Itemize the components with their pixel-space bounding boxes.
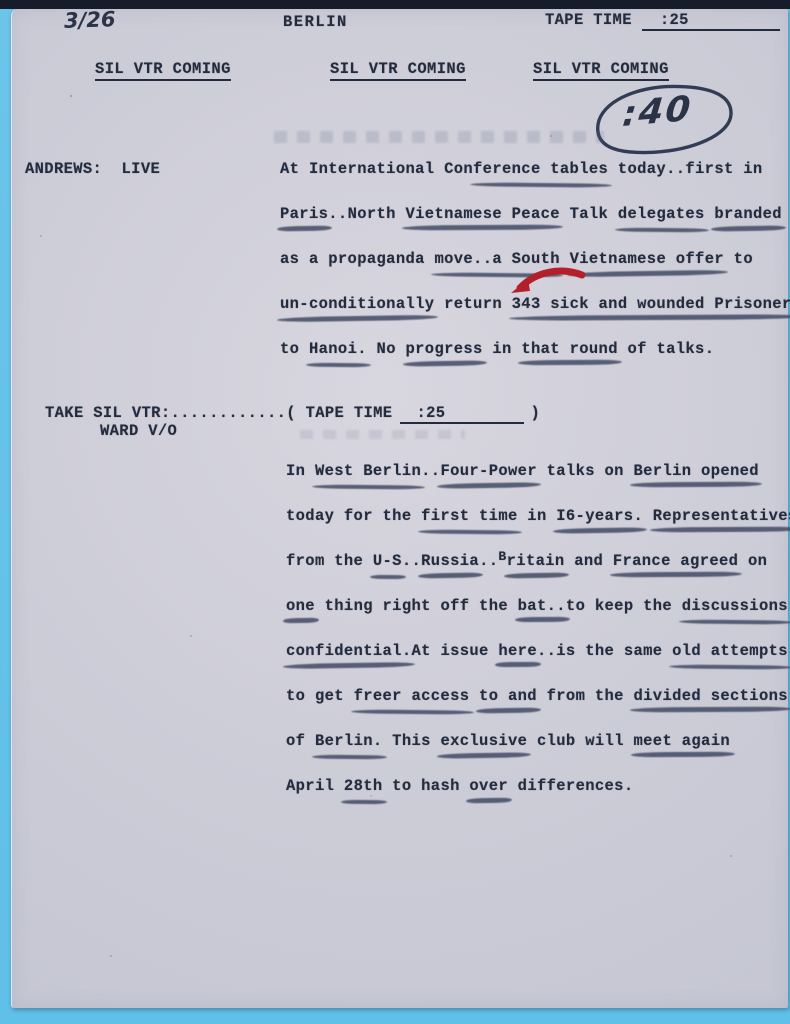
text-segment: to hash	[383, 777, 470, 795]
sil-vtr-heading-1: SIL VTR COMING	[95, 60, 231, 81]
script-line: April 28th to hash over differences.	[286, 777, 634, 799]
take-cue-paren-close: )	[530, 404, 540, 422]
text-segment: This	[383, 732, 441, 750]
text-segment: to	[724, 250, 753, 268]
pen-underlined-text: Four-Power	[440, 462, 537, 480]
text-segment: ..North	[328, 205, 405, 223]
text-segment: of	[286, 732, 315, 750]
pen-underlined-text: first time	[421, 507, 518, 525]
pen-underlined-text: Vietnamese Peace	[405, 205, 559, 223]
pen-underlined-text: bat..	[518, 597, 566, 615]
script-line: At International Conference tables today…	[280, 160, 763, 182]
script-line: Paris..North Vietnamese Peace Talk deleg…	[280, 205, 782, 227]
text-segment: ..	[421, 462, 440, 480]
text-segment: in	[483, 340, 522, 358]
text-segment: return	[434, 295, 511, 313]
script-line: one thing right off the bat..to keep the…	[286, 597, 788, 619]
text-segment: of talks.	[618, 340, 715, 358]
handwritten-duration: :40	[621, 89, 694, 135]
tape-time-label: TAPE TIME	[545, 11, 632, 29]
text-segment: to	[280, 340, 309, 358]
text-segment: ..	[402, 552, 421, 570]
text-segment	[643, 507, 653, 525]
sil-vtr-heading-3: SIL VTR COMING	[533, 60, 669, 81]
text-segment	[705, 205, 715, 223]
script-line: as a propaganda move..a South Vietnamese…	[280, 250, 753, 272]
script-line: to get freer access to and from the divi…	[286, 687, 788, 709]
pen-underlined-text: old attempts	[672, 642, 788, 660]
script-line: from the U-S..Russia..Britain and France…	[286, 552, 767, 574]
pen-underlined-text: here	[498, 642, 537, 660]
pen-underlined-text: exclusive	[440, 732, 527, 750]
script-line: today for the first time in I6-years. Re…	[286, 507, 790, 529]
pen-underlined-text: West Berlin	[315, 462, 421, 480]
ghost-ink-transfer	[274, 131, 604, 143]
pen-underlined-text: Berlin.	[315, 732, 383, 750]
script-line: to Hanoi. No progress in that round of t…	[280, 340, 714, 362]
pen-underlined-text: Paris	[280, 205, 328, 223]
pen-underlined-text: that round	[521, 340, 618, 358]
pen-underlined-text: Hanoi.	[309, 340, 367, 358]
text-segment: in	[518, 507, 557, 525]
text-segment: ..	[479, 552, 498, 570]
scanned-news-script-page: 3/26 BERLIN TAPE TIME :25 SIL VTR COMING…	[0, 0, 790, 1024]
air-date: 3/26	[64, 7, 116, 33]
scan-border-top	[0, 0, 790, 9]
sil-vtr-heading-2: SIL VTR COMING	[330, 60, 466, 81]
text-segment: today..first in	[608, 160, 762, 178]
pen-underlined-text: France agreed	[613, 552, 738, 570]
pen-underlined-text: branded	[714, 205, 782, 223]
script-line: In West Berlin..Four-Power talks on Berl…	[286, 462, 759, 484]
text-segment: Talk	[560, 205, 618, 223]
text-segment	[560, 250, 570, 268]
pen-underlined-text: Vietnamese offer	[570, 250, 724, 268]
pen-underlined-text: confidential.	[286, 642, 411, 660]
text-segment: to get	[286, 687, 354, 705]
anchor-cue: ANDREWS: LIVE	[25, 160, 160, 178]
text-segment: thing right off the	[315, 597, 518, 615]
pen-underlined-text: un-conditionally	[280, 295, 434, 313]
pen-underlined-text: I6-years.	[556, 507, 643, 525]
pen-underlined-text: U-S	[373, 552, 402, 570]
pen-underlined-text: ritain	[507, 552, 565, 570]
text-segment: on	[738, 552, 767, 570]
pen-underlined-text: freer access	[354, 687, 470, 705]
text-segment: to keep the	[566, 597, 682, 615]
pen-underlined-text: over	[469, 777, 508, 795]
text-segment	[469, 687, 479, 705]
text-segment: as a propaganda	[280, 250, 434, 268]
script-line: of Berlin. This exclusive club will meet…	[286, 732, 730, 754]
pen-underlined-text: meet again	[634, 732, 731, 750]
text-segment: differences.	[508, 777, 633, 795]
pen-underlined-text: divided sections	[633, 687, 787, 705]
text-segment: In	[286, 462, 315, 480]
text-segment: At issue	[411, 642, 498, 660]
pen-underlined-text: Representatives	[653, 507, 790, 525]
take-cue-line: TAKE SIL VTR:............ ( TAPE TIME :2…	[45, 404, 540, 424]
pen-underlined-text: Berlin opened	[633, 462, 758, 480]
pen-underlined-text: 343 sick and wounded Prisoners	[512, 295, 790, 313]
pen-underlined-text: to and	[479, 687, 537, 705]
pen-underlined-text: 28th	[344, 777, 383, 795]
paper-speckles	[70, 95, 72, 97]
pen-underlined-text: Russia	[421, 552, 479, 570]
ghost-ink-transfer	[300, 430, 465, 439]
pen-underlined-text: progress	[406, 340, 483, 358]
text-segment: from the	[537, 687, 634, 705]
text-segment: talks on	[537, 462, 634, 480]
pen-underlined-text: discussions	[682, 597, 788, 615]
text-segment: No	[367, 340, 406, 358]
text-segment: ..is the same	[537, 642, 672, 660]
tape-time-header: TAPE TIME :25	[545, 11, 780, 31]
tape-time-value: :25	[642, 11, 780, 31]
text-segment: today for the	[286, 507, 421, 525]
text-segment: club will	[527, 732, 633, 750]
take-cue-paren-open: ( TAPE TIME	[286, 404, 392, 422]
pen-underlined-text: ference tables	[473, 160, 608, 178]
vo-cue: WARD V/O	[100, 422, 177, 440]
pen-underlined-text: delegates	[618, 205, 705, 223]
text-segment: from the	[286, 552, 373, 570]
text-segment: At International Con	[280, 160, 473, 178]
pen-underlined-text: one	[286, 597, 315, 615]
script-line: un-conditionally return 343 sick and wou…	[280, 295, 790, 317]
text-segment: B	[498, 549, 506, 564]
text-segment: April	[286, 777, 344, 795]
script-line: confidential.At issue here..is the same …	[286, 642, 788, 664]
take-cue: TAKE SIL VTR:............	[45, 404, 286, 422]
pen-underlined-text: move..a South	[434, 250, 559, 268]
take-cue-tape-time: :25	[400, 404, 524, 424]
text-segment: and	[565, 552, 613, 570]
slug-title: BERLIN	[283, 13, 348, 31]
